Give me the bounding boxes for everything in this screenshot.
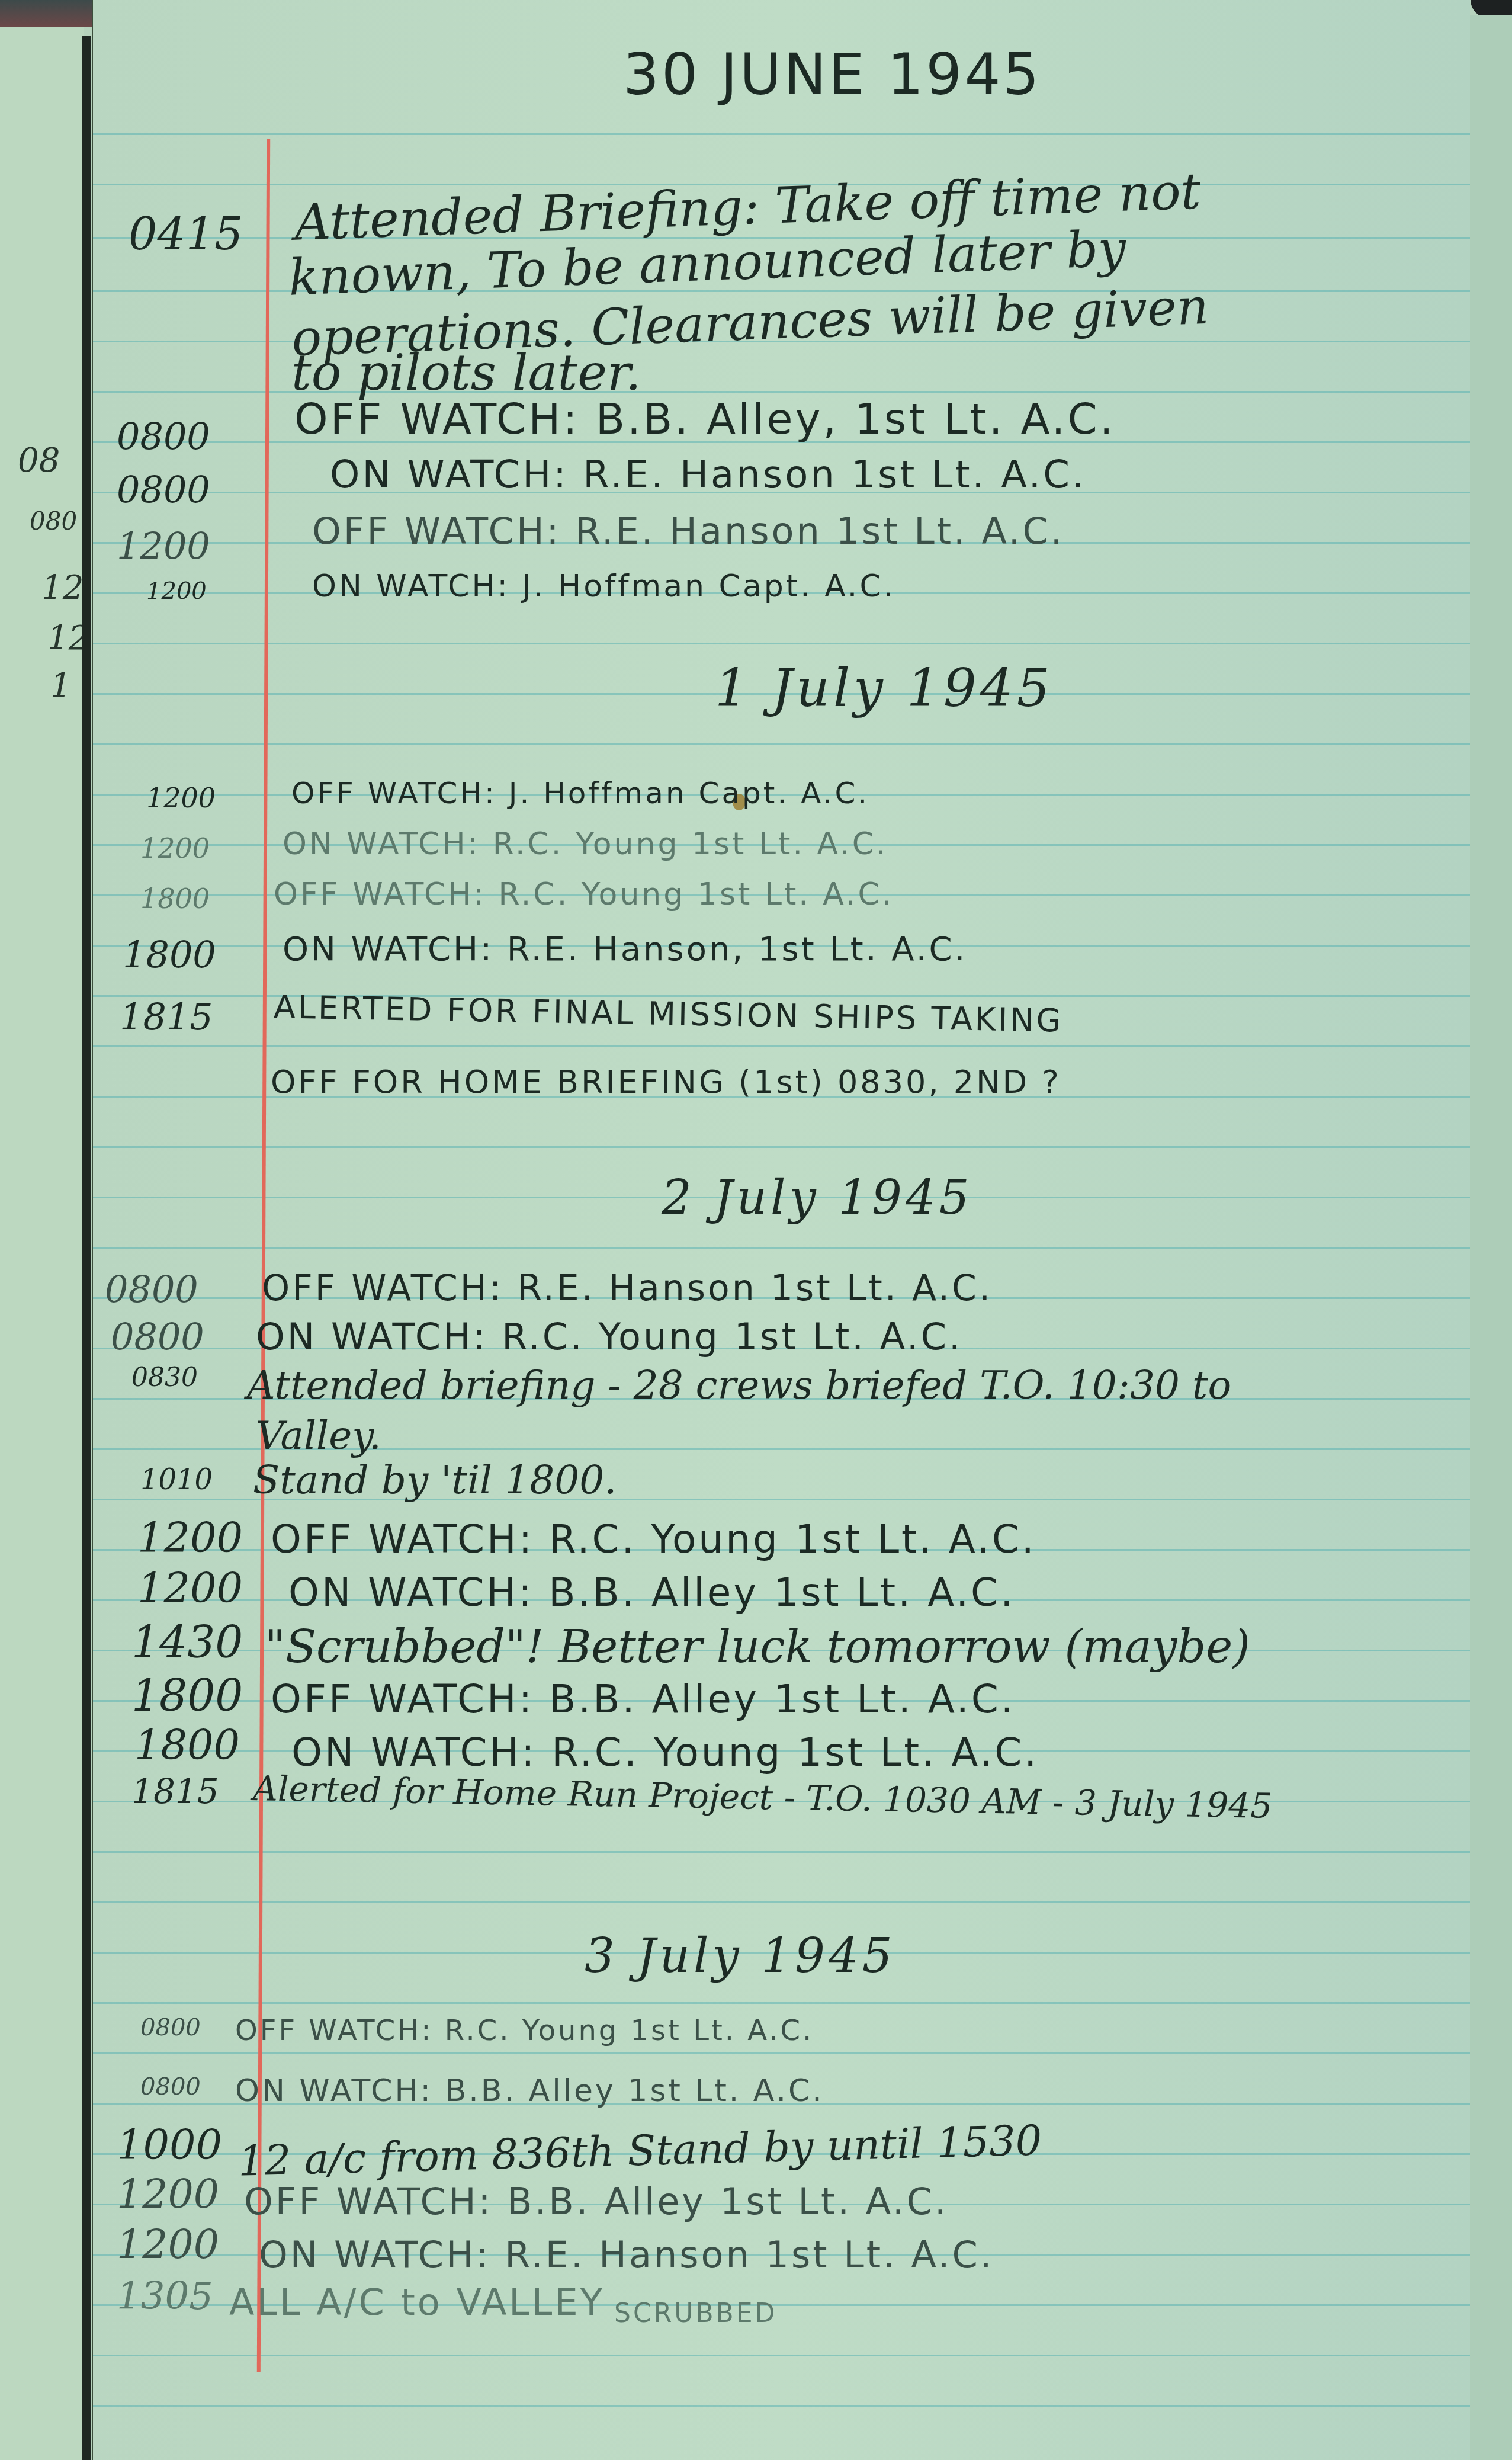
rule-line xyxy=(93,1247,1470,1249)
entry-text: ON WATCH: R.C. Young 1st Lt. A.C. xyxy=(291,1730,1039,1775)
entry-text: SCRUBBED xyxy=(614,2298,777,2328)
entry-text: ON WATCH: R.E. Hanson 1st Lt. A.C. xyxy=(259,2233,994,2276)
entry-text: ON WATCH: R.C. Young 1st Lt. A.C. xyxy=(256,1315,963,1358)
entry-text: Attended briefing - 28 crews briefed T.O… xyxy=(247,1362,1231,1408)
entry-time: 1200 xyxy=(137,1513,243,1562)
left-page-fragment: 12 xyxy=(41,569,84,607)
left-page-fragment: 080 xyxy=(30,506,77,535)
entry-time: 1430 xyxy=(131,1617,243,1668)
entry-time: 1815 xyxy=(120,995,213,1038)
entry-time: 1800 xyxy=(123,933,216,976)
entry-time: 1800 xyxy=(140,883,210,915)
entry-text: Stand by 'til 1800. xyxy=(253,1457,617,1503)
entry-text: ON WATCH: J. Hoffman Capt. A.C. xyxy=(312,569,895,604)
entry-text: OFF WATCH: B.B. Alley, 1st Lt. A.C. xyxy=(294,394,1116,444)
section-date: 30 JUNE 1945 xyxy=(623,41,1042,108)
right-page-edge xyxy=(1469,15,1512,2460)
binding-edge xyxy=(82,36,91,2460)
entry-text: ALL A/C to VALLEY xyxy=(229,2281,605,2324)
entry-text: ON WATCH: B.B. Alley 1st Lt. A.C. xyxy=(288,1570,1015,1615)
rule-line xyxy=(93,743,1470,745)
entry-text: Valley. xyxy=(256,1413,381,1458)
rule-line xyxy=(93,2002,1470,2004)
rule-line xyxy=(93,2052,1470,2054)
entry-time: 1305 xyxy=(117,2275,213,2318)
rule-line xyxy=(93,1146,1470,1148)
entry-time: 0800 xyxy=(117,415,210,458)
entry-time: 1000 xyxy=(117,2121,222,2169)
entry-text: to pilots later. xyxy=(291,344,641,402)
entry-text: OFF WATCH: J. Hoffman Capt. A.C. xyxy=(291,776,869,810)
entry-text: OFF WATCH: R.C. Young 1st Lt. A.C. xyxy=(274,877,894,912)
rule-line xyxy=(93,1901,1470,1903)
background-edge xyxy=(0,0,92,27)
entry-time: 0800 xyxy=(111,1315,204,1358)
left-page-edge: 08 080 12 12 1 xyxy=(0,27,84,2460)
entry-time: 0800 xyxy=(105,1268,198,1311)
entry-time: 1200 xyxy=(146,578,207,605)
entry-time: 1200 xyxy=(117,2171,219,2218)
entry-text: ON WATCH: R.C. Young 1st Lt. A.C. xyxy=(283,826,888,862)
entry-time: 0800 xyxy=(140,2014,201,2041)
entry-time: 0415 xyxy=(129,207,243,260)
entry-time: 1800 xyxy=(131,1670,243,1721)
entry-time: 1200 xyxy=(117,2221,219,2268)
left-page-fragment: 1 xyxy=(50,666,72,705)
entry-time: 0800 xyxy=(117,468,210,511)
entry-time: 1200 xyxy=(146,782,216,814)
left-page-fragment: 08 xyxy=(18,441,60,480)
rule-line xyxy=(93,2355,1470,2356)
rule-line xyxy=(93,1851,1470,1853)
entry-text: OFF WATCH: R.E. Hanson 1st Lt. A.C. xyxy=(262,1268,993,1309)
entry-text: ON WATCH: B.B. Alley 1st Lt. A.C. xyxy=(235,2073,824,2109)
rule-line xyxy=(93,133,1470,135)
entry-time: 1010 xyxy=(140,1463,213,1496)
rule-line xyxy=(93,643,1470,644)
entry-time: 1800 xyxy=(134,1721,240,1769)
entry-text: Alerted for Home Run Project - T.O. 1030… xyxy=(253,1768,1273,1826)
entry-text: "Scrubbed"! Better luck tomorrow (maybe) xyxy=(265,1620,1250,1673)
entry-text: OFF WATCH: R.C. Young 1st Lt. A.C. xyxy=(235,2014,814,2047)
section-date: 3 July 1945 xyxy=(585,1928,896,1983)
entry-time: 1815 xyxy=(131,1771,219,1811)
entry-text: ON WATCH: R.E. Hanson, 1st Lt. A.C. xyxy=(283,930,967,968)
rule-line xyxy=(93,2405,1470,2407)
entry-text: OFF FOR HOME BRIEFING (1st) 0830, 2ND ? xyxy=(271,1063,1061,1101)
rule-line xyxy=(93,1045,1470,1047)
entry-time: 1200 xyxy=(117,524,210,567)
logbook-page: 30 JUNE 1945 0415 Attended Briefing: Tak… xyxy=(92,0,1470,2460)
entry-time: 1200 xyxy=(140,832,210,864)
entry-text: OFF WATCH: B.B. Alley 1st Lt. A.C. xyxy=(271,1676,1016,1722)
entry-text: OFF WATCH: B.B. Alley 1st Lt. A.C. xyxy=(244,2180,949,2223)
entry-time: 0830 xyxy=(131,1362,198,1393)
entry-text: 12 a/c from 836th Stand by until 1530 xyxy=(237,2116,1042,2186)
entry-text: OFF WATCH: R.E. Hanson 1st Lt. A.C. xyxy=(312,509,1064,553)
entry-time: 1200 xyxy=(137,1564,243,1612)
section-date: 2 July 1945 xyxy=(662,1170,973,1225)
entry-time: 0800 xyxy=(140,2073,201,2100)
entry-text: OFF WATCH: R.C. Young 1st Lt. A.C. xyxy=(271,1516,1036,1562)
section-date: 1 July 1945 xyxy=(715,658,1054,719)
entry-text: ON WATCH: R.E. Hanson 1st Lt. A.C. xyxy=(330,453,1086,497)
